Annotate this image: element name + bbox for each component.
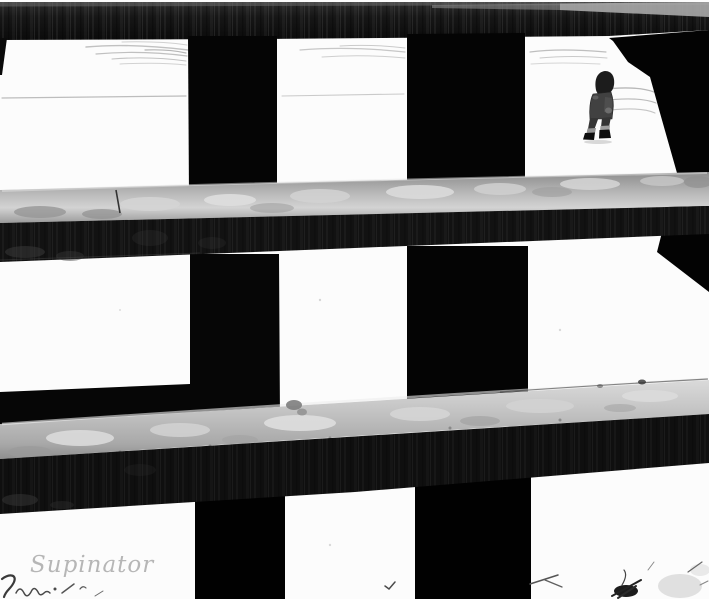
watermark-text: Supinator [30, 552, 154, 578]
fence-post-middle-center [407, 246, 528, 408]
fence-post-upper-left [188, 36, 277, 197]
fence-post-lower-center [415, 474, 531, 599]
photo-art [0, 0, 709, 599]
fence-post-upper-center [407, 33, 525, 197]
photo-canvas: Supinator [0, 0, 709, 599]
fence-post-lower-left [195, 493, 285, 599]
